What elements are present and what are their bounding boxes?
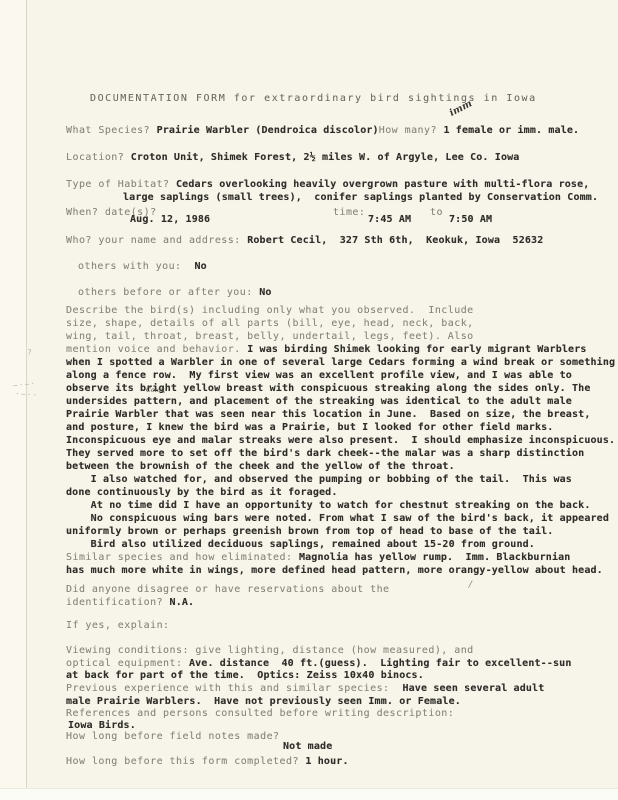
description-body-line: Inconspicuous eye and malar streaks were… [66,435,615,447]
description-body-line: done continuously by the bird as it fora… [66,487,338,499]
who-line: Who? your name and address: Robert Cecil… [66,235,543,247]
how-many-value: 1 female or imm. male. [443,125,579,136]
similar-species-value-line1: Magnolia has yellow rump. Imm. Blackburn… [299,552,571,563]
describe-label-line4: mention voice and behavior. I was birdin… [66,344,587,356]
document-page: DOCUMENTATION FORM for extraordinary bir… [0,0,618,800]
description-body-line: At no time did I have an opportunity to … [66,500,591,512]
time-to-label: to [430,207,443,219]
description-body-line: undersides pattern, and placement of the… [66,396,572,408]
disagree-line2: identification? N.A. [66,597,194,609]
page-left-edge [0,0,27,800]
description-body-line: between the brownish of the cheek and th… [66,461,455,473]
disagree-label-line2: identification? [66,597,170,608]
similar-species-label: Similar species and how eliminated: [66,552,299,563]
description-body-line: Bird also utilized deciduous saplings, r… [66,539,535,551]
species-label: What Species? [66,125,157,136]
description-body-line: uniformly brown or perhaps greenish brow… [66,526,553,538]
others-before-value: No [259,287,271,298]
margin-pencil-mark: ? [27,348,33,357]
others-with-line: others with you: No [78,261,207,273]
similar-species-line1: Similar species and how eliminated: Magn… [66,552,570,564]
viewing-label-line1: Viewing conditions: give lighting, dista… [66,645,474,657]
others-with-value: No [194,261,206,272]
previous-experience-label: Previous experience with this and simila… [66,683,402,694]
description-body-line: when I spotted a Warbler in one of sever… [66,357,615,369]
description-body-line: I also watched for, and observed the pum… [66,474,572,486]
stray-pen-mark: / [468,580,473,590]
description-inline-start: I was birding Shimek looking for early m… [247,344,586,355]
others-before-label: others before or after you: [78,287,259,298]
habitat-value-line2: large saplings (small trees), conifer sa… [123,192,598,203]
describe-label-line1: Describe the bird(s) including only what… [66,305,474,317]
disagree-label-line1: Did anyone disagree or have reservations… [66,584,390,596]
time-from-value: 7:45 AM [368,214,411,226]
habitat-line2: large saplings (small trees), conifer sa… [123,192,598,204]
description-body-line: and posture, I knew the bird was a Prair… [66,422,553,434]
species-line: What Species? Prairie Warbler (Dendroica… [66,125,579,137]
location-value: Croton Unit, Shimek Forest, 2½ miles W. … [131,152,520,163]
describe-label-line2: size, shape, details of all parts (bill,… [66,318,474,330]
describe-label-line3: wing, tail, throat, breast, belly, under… [66,331,474,343]
disagree-value: N.A. [170,597,195,608]
field-notes-label: How long before field notes made? [66,731,280,743]
habitat-line1: Type of Habitat? Cedars overlooking heav… [66,179,589,191]
similar-species-value-line2: has much more white in wings, more defin… [66,565,603,577]
description-body-line: Prairie Warbler that was seen near this … [66,409,591,421]
page-bottom-edge [0,788,618,800]
time-label: time: [333,207,365,219]
viewing-label-line2: optical equipment: [66,658,189,669]
how-many-label: How many? [379,125,444,136]
describe-label-line4-text: mention voice and behavior. [66,344,247,355]
references-label: References and persons consulted before … [66,708,454,720]
habitat-value-line1: Cedars overlooking heavily overgrown pas… [176,179,589,190]
location-line: Location? Croton Unit, Shimek Forest, 2½… [66,152,519,164]
viewing-value-line1: Ave. distance 40 ft.(guess). Lighting fa… [189,658,572,669]
description-body-line: observe its bright yellow breast with co… [66,383,591,395]
form-completed-line: How long before this form completed? 1 h… [66,756,349,768]
form-completed-label: How long before this form completed? [66,756,305,767]
habitat-label: Type of Habitat? [66,179,176,190]
species-value: Prairie Warbler (Dendroica discolor) [157,125,379,136]
description-body-line: along a fence row. My first view was an … [66,370,572,382]
field-notes-value: Not made [283,741,332,753]
location-label: Location? [66,152,131,163]
if-yes-label: If yes, explain: [66,620,170,632]
who-value: Robert Cecil, 327 Sth 6th, Keokuk, Iowa … [247,235,543,246]
viewing-value-line2: at back for part of the time. Optics: Ze… [66,670,424,682]
others-before-line: others before or after you: No [78,287,272,299]
others-with-label: others with you: [78,261,194,272]
previous-experience-line1: Previous experience with this and simila… [66,683,544,695]
time-to-value: 7:50 AM [449,214,492,226]
handwritten-color-annotation: Color, [146,386,165,394]
description-body-line: They served more to set off the bird's d… [66,448,584,460]
description-body-line: No conspicuous wing bars were noted. Fro… [66,513,609,525]
previous-experience-value-line1: Have seen several adult [402,683,544,694]
who-label: Who? your name and address: [66,235,247,246]
margin-pencil-scribble: ·~·· [15,389,39,400]
form-completed-value: 1 hour. [305,756,348,767]
when-date-value: Aug. 12, 1986 [130,214,210,226]
previous-experience-value-line2: male Prairie Warblers. Have not previous… [66,696,461,708]
viewing-line2: optical equipment: Ave. distance 40 ft.(… [66,658,572,670]
